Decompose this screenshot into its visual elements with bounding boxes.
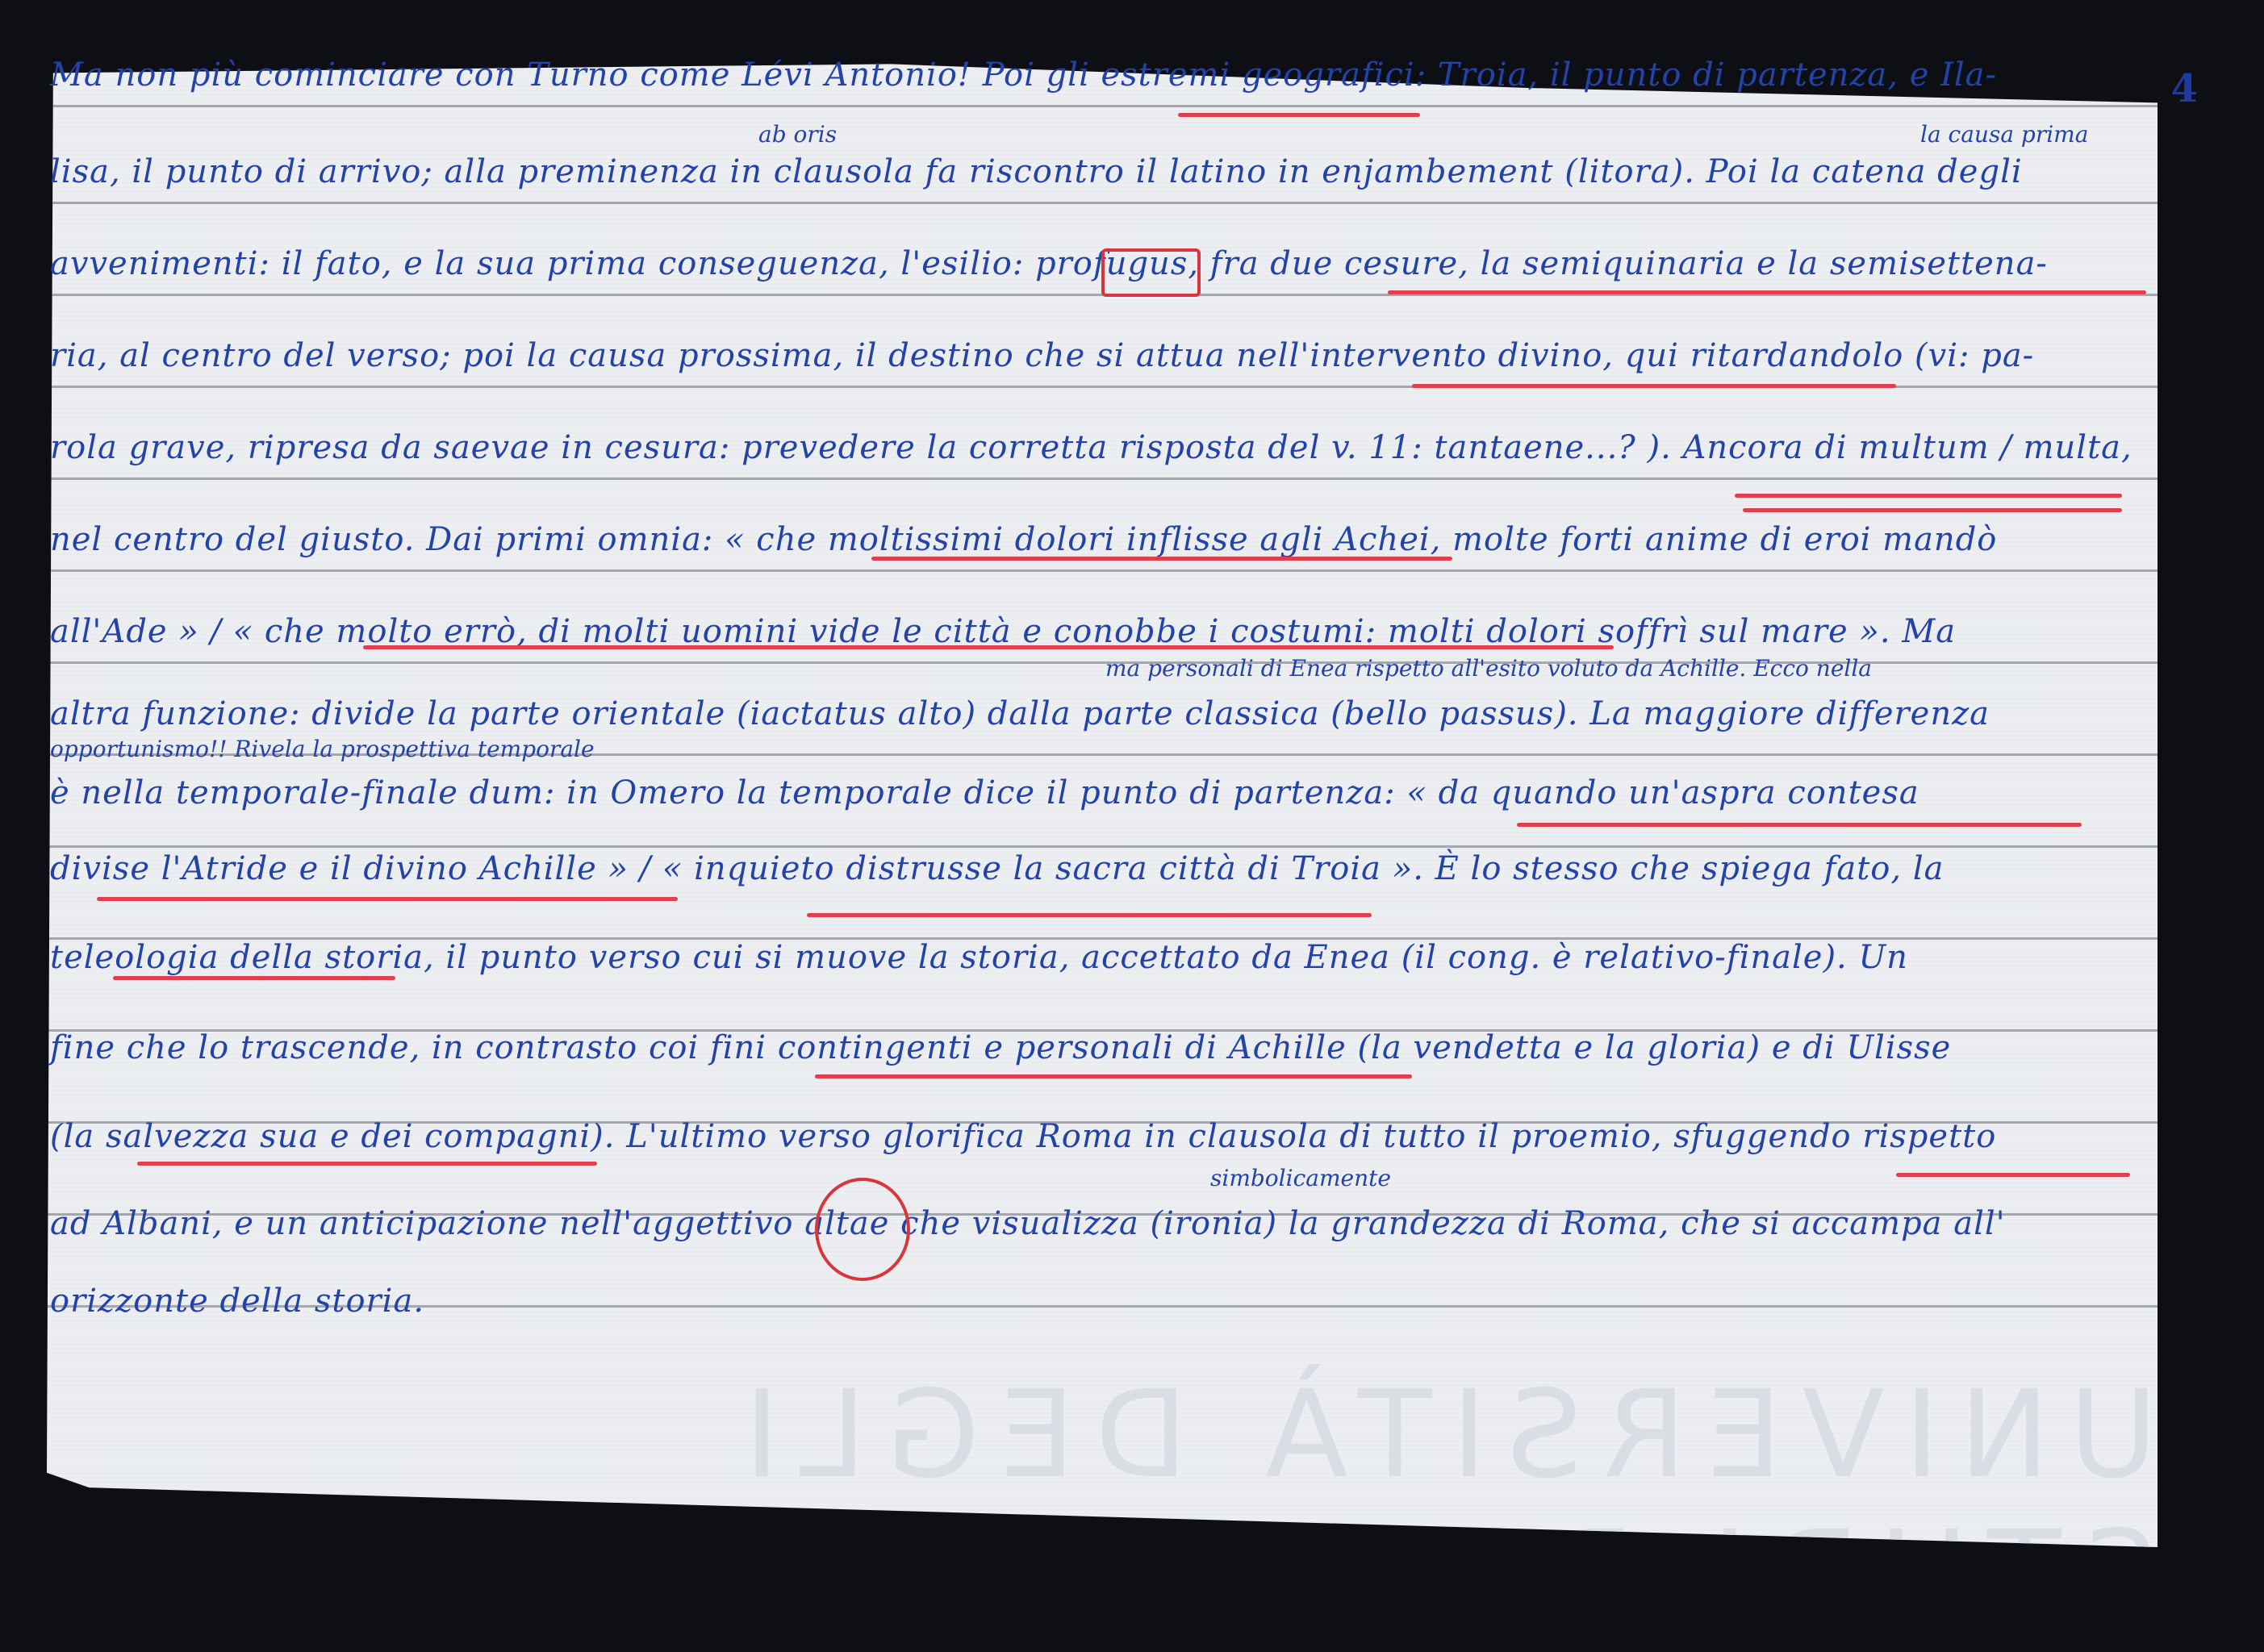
text-line: Ma non più cominciare con Turno come Lév… xyxy=(50,56,1997,94)
watermark: UNIVERSITÀ DEGLI STUDI DI PADOVA xyxy=(386,1365,2157,1646)
red-underline xyxy=(1388,290,2146,294)
red-underline xyxy=(1735,494,2122,498)
text-line: fine che lo trascende, in contrasto coi … xyxy=(50,1029,1951,1066)
text-line: teleologia della storia, il punto verso … xyxy=(50,939,1908,976)
ruled-line xyxy=(47,845,2157,848)
interlinear-note: la causa prima xyxy=(1920,121,2088,148)
text-line: avvenimenti: il fato, e la sua prima con… xyxy=(50,245,2048,282)
ruled-line xyxy=(47,569,2157,572)
red-underline xyxy=(871,557,1452,561)
interlinear-note: ab oris xyxy=(758,121,837,148)
text-line: divise l'Atride e il divino Achille » / … xyxy=(50,850,1944,887)
ruled-line xyxy=(47,202,2157,204)
red-underline xyxy=(137,1162,597,1166)
page-number: 4 xyxy=(2171,66,2198,111)
text-line: ad Albani, e un anticipazione nell'agget… xyxy=(50,1205,2006,1242)
text-line: rola grave, ripresa da saevae in cesura:… xyxy=(50,429,2132,466)
red-underline xyxy=(113,976,395,980)
red-underline xyxy=(1743,508,2122,512)
red-underline xyxy=(97,897,678,901)
ruled-line xyxy=(47,478,2157,480)
text-line: altra funzione: divide la parte oriental… xyxy=(50,695,1990,732)
text-line: lisa, il punto di arrivo; alla preminenz… xyxy=(50,153,2023,190)
red-underline xyxy=(1178,113,1420,117)
red-underline xyxy=(807,913,1372,917)
red-underline xyxy=(815,1074,1412,1078)
interlinear-note: ma personali di Enea rispetto all'esito … xyxy=(1105,655,1872,682)
red-underline xyxy=(363,645,1614,649)
red-underline xyxy=(1896,1173,2130,1177)
text-line: orizzonte della storia. xyxy=(50,1283,424,1320)
ruled-line xyxy=(47,105,2157,107)
red-box-annotation xyxy=(1101,248,1201,297)
red-circle-annotation xyxy=(815,1178,910,1281)
red-underline xyxy=(1412,384,1896,388)
red-underline xyxy=(1517,823,2082,827)
text-line: ria, al centro del verso; poi la causa p… xyxy=(50,337,2034,374)
interlinear-note: opportunismo!! Rivela la prospettiva tem… xyxy=(50,736,595,762)
text-line: nel centro del giusto. Dai primi omnia: … xyxy=(50,521,1997,558)
interlinear-note: simbolicamente xyxy=(1210,1165,1391,1191)
text-line: (la salvezza sua e dei compagni). L'ulti… xyxy=(50,1118,1996,1155)
text-line: è nella temporale-finale dum: in Omero l… xyxy=(50,774,1919,811)
